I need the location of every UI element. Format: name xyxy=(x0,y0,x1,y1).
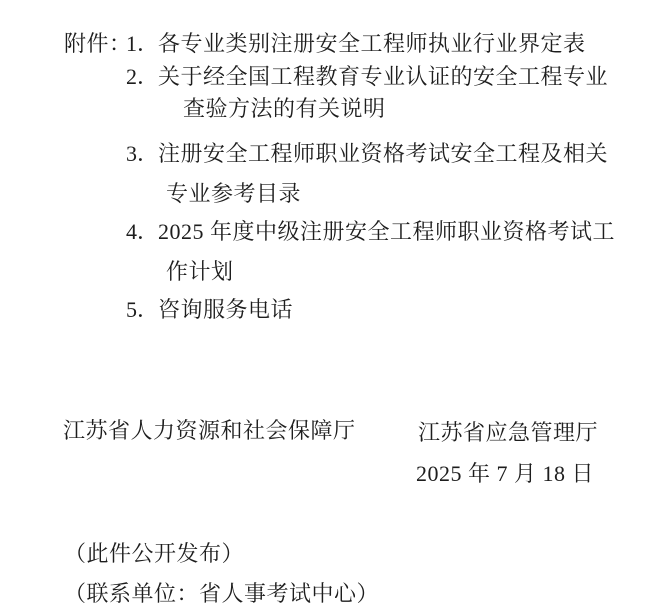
attachment-item-1-number: 1． xyxy=(126,33,159,55)
signature-right-org: 江苏省应急管理厅 xyxy=(418,422,598,444)
attachment-item-2-number: 2． xyxy=(126,66,159,88)
attachment-item-4-text: 2025 年度中级注册安全工程师职业资格考试工 xyxy=(158,221,615,243)
attachment-item-3-text: 注册安全工程师职业资格考试安全工程及相关 xyxy=(158,143,608,165)
attachment-item-3-number: 3． xyxy=(126,143,159,165)
attachment-item-5-text: 咨询服务电话 xyxy=(158,299,293,321)
contact-unit-note: （联系单位：省人事考试中心） xyxy=(64,583,379,605)
attachment-item-4-text-continued: 作计划 xyxy=(166,261,234,283)
document-page: 附件： 1． 各专业类别注册安全工程师执业行业界定表 2． 关于经全国工程教育专… xyxy=(0,0,650,610)
attachment-label: 附件： xyxy=(64,33,132,55)
attachment-item-3-text-continued: 专业参考目录 xyxy=(166,183,301,205)
attachment-item-1-text: 各专业类别注册安全工程师执业行业界定表 xyxy=(158,33,586,55)
attachment-item-5-number: 5． xyxy=(126,299,159,321)
signature-date: 2025 年 7 月 18 日 xyxy=(416,463,594,485)
attachment-item-2-text: 关于经全国工程教育专业认证的安全工程专业 xyxy=(158,66,608,88)
attachment-item-2-text-continued: 查验方法的有关说明 xyxy=(183,98,386,120)
signature-left-org: 江苏省人力资源和社会保障厅 xyxy=(63,420,356,442)
attachment-item-4-number: 4． xyxy=(126,221,159,243)
public-release-note: （此件公开发布） xyxy=(64,543,244,565)
